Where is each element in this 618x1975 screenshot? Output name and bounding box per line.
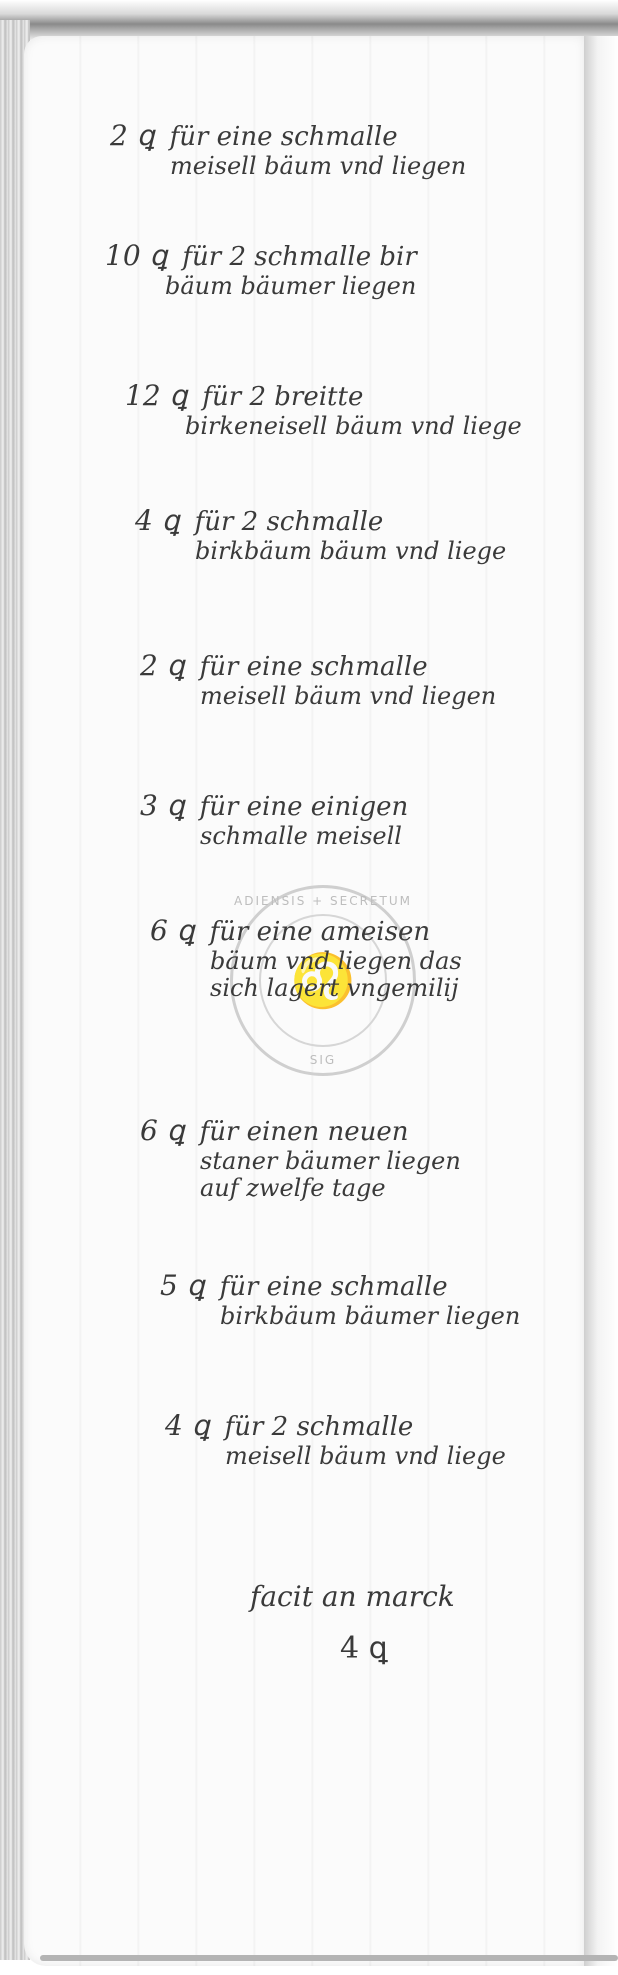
ledger-entry: 2 ꝗ für eine schmalle meisell bäum vnd l… bbox=[110, 120, 466, 180]
ledger-entry: 6 ꝗ für eine ameisen bäum vnd liegen das… bbox=[150, 915, 462, 1003]
ledger-entry: 12 ꝗ für 2 breitte birkeneisell bäum vnd… bbox=[125, 380, 522, 440]
ledger-entry: 4 ꝗ für 2 schmalle birkbäum bäum vnd lie… bbox=[135, 505, 506, 565]
entry-amount: 2 ꝗ bbox=[140, 649, 185, 682]
manuscript-page: 2 ꝗ für eine schmalle meisell bäum vnd l… bbox=[0, 0, 618, 1975]
ledger-entry: 3 ꝗ für eine einigen schmalle meisell bbox=[140, 790, 408, 850]
seal-inscription-bottom: SIG bbox=[233, 1053, 413, 1067]
total-value: 4 ꝗ bbox=[340, 1631, 455, 1666]
entry-text: für 2 schmalle bbox=[195, 507, 384, 537]
entry-text-continued: birkeneisell bäum vnd liege bbox=[185, 413, 522, 441]
ledger-total: facit an marck 4 ꝗ bbox=[250, 1580, 455, 1666]
entry-amount: 10 ꝗ bbox=[105, 239, 167, 272]
ledger-entry: 6 ꝗ für einen neuen staner bäumer liegen… bbox=[140, 1115, 461, 1203]
entry-amount: 6 ꝗ bbox=[150, 914, 195, 947]
entry-amount: 6 ꝗ bbox=[140, 1114, 185, 1147]
entry-amount: 12 ꝗ bbox=[125, 379, 187, 412]
entry-amount: 4 ꝗ bbox=[165, 1409, 210, 1442]
entry-text: für 2 schmalle bir bbox=[182, 242, 416, 272]
entry-text: für eine ameisen bbox=[210, 917, 431, 947]
entry-text: für eine schmalle bbox=[170, 122, 398, 152]
entry-text-continued: birkbäum bäumer liegen bbox=[220, 1303, 520, 1331]
entry-text-continued: bäum vnd liegen das bbox=[210, 948, 462, 976]
entry-text-continued: bäum bäumer liegen bbox=[165, 273, 417, 301]
entry-amount: 2 ꝗ bbox=[110, 119, 155, 152]
entry-text: für 2 breitte bbox=[202, 382, 363, 412]
entry-text-continued: staner bäumer liegen bbox=[200, 1148, 461, 1176]
ledger-entry: 4 ꝗ für 2 schmalle meisell bäum vnd lieg… bbox=[165, 1410, 506, 1470]
total-label: facit an marck bbox=[250, 1580, 455, 1613]
entry-text-continued: meisell bäum vnd liegen bbox=[200, 683, 496, 711]
entry-text-continued: birkbäum bäum vnd liege bbox=[195, 538, 506, 566]
entry-text: für eine schmalle bbox=[220, 1272, 448, 1302]
entry-text-continued: sich lagert vngemilij bbox=[210, 975, 462, 1003]
ledger-entry: 2 ꝗ für eine schmalle meisell bäum vnd l… bbox=[140, 650, 496, 710]
book-top-edge bbox=[0, 0, 618, 40]
ledger-entry: 5 ꝗ für eine schmalle birkbäum bäumer li… bbox=[160, 1270, 520, 1330]
entry-text: für 2 schmalle bbox=[225, 1412, 414, 1442]
entry-text-continued: auf zwelfe tage bbox=[200, 1175, 461, 1203]
entry-amount: 5 ꝗ bbox=[160, 1269, 205, 1302]
seal-inscription-top: ADIENSIS + SECRETUM bbox=[233, 894, 413, 908]
entry-text-continued: meisell bäum vnd liegen bbox=[170, 153, 466, 181]
entry-text: für einen neuen bbox=[200, 1117, 409, 1147]
ledger-entry: 10 ꝗ für 2 schmalle bir bäum bäumer lieg… bbox=[105, 240, 417, 300]
entry-text-continued: meisell bäum vnd liege bbox=[225, 1443, 506, 1471]
binding-fold bbox=[584, 36, 618, 1966]
entry-amount: 3 ꝗ bbox=[140, 789, 185, 822]
paper-bottom-edge bbox=[40, 1955, 618, 1961]
entry-text-continued: schmalle meisell bbox=[200, 823, 408, 851]
entry-text: für eine schmalle bbox=[200, 652, 428, 682]
entry-text: für eine einigen bbox=[200, 792, 409, 822]
entry-amount: 4 ꝗ bbox=[135, 504, 180, 537]
